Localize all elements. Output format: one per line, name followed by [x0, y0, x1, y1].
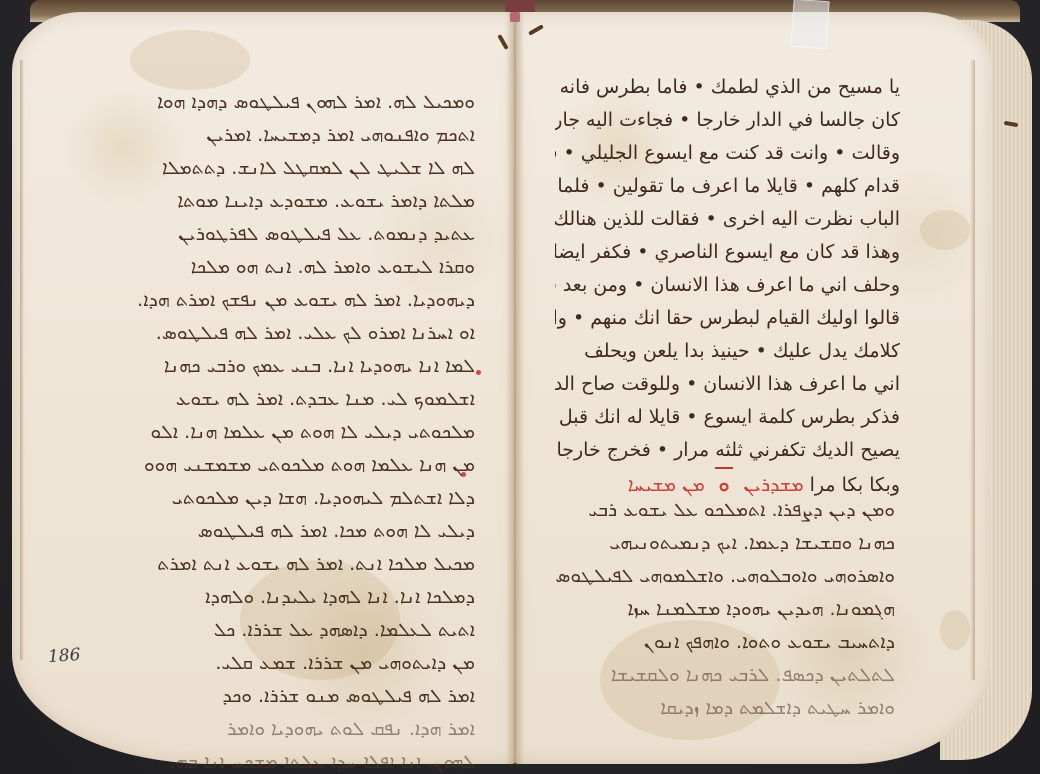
text-line: قالوا اوليك القيام لبطرس حقا انك منهم • … [555, 302, 900, 335]
text-line: ܡܠܬܐ ܕܐܡܪ ܝܫܘܥ. ܡܫܘܕܥ ܕܐܝܢܐ ܡܘܬܐ [80, 185, 475, 218]
rubric-text: ܡܢ ܡܫܝܚܐ [628, 474, 705, 496]
text-line: قدام كلهم • قايلا ما اعرف ما تقولين • فل… [555, 170, 900, 203]
repair-tape [790, 0, 829, 49]
right-page-edge [970, 60, 975, 680]
text-line: ܡܢ ܗܢܐ ܥܠܡܐ ܗܘܬ ܡܠܟܘܬܝ ܡܫܡܫܢܝ ܗܘܘ [80, 449, 475, 482]
text-line: ܠܗܘܢ. ܐܢܐ ܐܦܠܐ ܚܕܐ ܥܠܬܐ ܡܫܟܚ ܐܢܐ ܒܗ. [80, 746, 475, 774]
text-line: ܐܬܝܬ ܠܥܠܡܐ. ܕܐܣܗܕ ܥܠ ܫܪܪܐ. ܟܠ [80, 614, 475, 647]
text-line: ܕܐܬܚܝܒ ܝܫܘܥ ܘܬܘܐ. ܘܐܗܦܟ ܐܢܘܢ [555, 626, 895, 659]
text-line: ܕܝܗܘܕܝܐ. ܐܡܪ ܠܗ ܝܫܘܥ ܡܢ ܢܦܫܟ ܐܡܪܬ ܗܕܐ. [80, 284, 475, 317]
folio-number: 186 [47, 645, 81, 667]
text-line: ܘܩܪܐ ܠܝܫܘܥ ܘܐܡܪ ܠܗ. ܐܢܬ ܗܘ ܡܠܟܐ [80, 251, 475, 284]
text-line: وحلف اني ما اعرف هذا الانسان • ومن بعد ق… [555, 269, 900, 302]
text-line: ܘܡܢ ܕܝܢ ܕܨܦܪܐ. ܐܬܡܠܟܘ ܥܠ ܝܫܘܥ ܪܒܝ [555, 494, 895, 527]
text-line: ܥܬܝܕ ܕܢܡܘܬ. ܥܠ ܦܝܠܛܘܣ ܠܦܪܛܘܪܝܢ [80, 218, 475, 251]
text-line: ܕܠܐ ܐܫܬܠܡ ܠܝܗܘܕܝܐ. ܗܫܐ ܕܝܢ ܡܠܟܘܬܝ [80, 482, 475, 515]
text-line: ܟܗܢܐ ܘܩܫܝܫܐ ܕܥܡܐ. ܐܝܟ ܕܢܡܝܬܘܢܝܗܝ [555, 527, 895, 560]
text-line: كان جالسا في الدار خارجا • فجاءت اليه جا… [555, 104, 900, 137]
text-line: ܕܝܠܝ ܠܐ ܗܘܬ ܡܟܐ. ܐܡܪ ܠܗ ܦܝܠܛܘܣ [80, 515, 475, 548]
stain [920, 210, 970, 250]
text-line: اني ما اعرف هذا الانسان • وللوقت صاح الد… [555, 368, 900, 401]
left-page-edge [20, 60, 24, 660]
text-line-end: وبكا بكا مرا [810, 474, 900, 496]
rubric-text: ܡܫܕܪܝܢ [743, 474, 803, 496]
text-line: يصيح الديك تكفرني ثلثه مرار • فخرج خارجا [555, 434, 900, 467]
red-marginal-dot [476, 370, 481, 375]
right-page-syriac-text: ܘܡܢ ܕܝܢ ܕܨܦܪܐ. ܐܬܡܠܟܘ ܥܠ ܝܫܘܥ ܪܒܝ ܟܗܢܐ ܘ… [555, 494, 895, 725]
left-page-text: ܘܡܟܝܠ ܠܗ. ܐܡܪ ܠܗܘܢ ܦܝܠܛܘܣ ܕܗܕܐ ܗܘܐ ܐܬܟܡ … [80, 86, 475, 774]
text-line: ܗܓܡܘܢܐ. ܗܝܕܝܢ ܝܗܘܕܐ ܡܫܠܡܢܐ ܚܙܐ [555, 593, 895, 626]
text-line: ܘܡܟܝܠ ܠܗ. ܐܡܪ ܠܗܘܢ ܦܝܠܛܘܣ ܕܗܕܐ ܗܘܐ [80, 86, 475, 119]
text-line: ܐܫܠܡܘܟ ܠܝ. ܡܢܐ ܥܒܕܬ. ܐܡܪ ܠܗ ܝܫܘܥ [80, 383, 475, 416]
text-line: ܐܘ ܐܚܪܢܐ ܐܡܪܘ ܠܟ ܥܠܝ. ܐܡܪ ܠܗ ܦܝܠܛܘܣ. [80, 317, 475, 350]
manuscript-photo: ܘܡܟܝܠ ܠܗ. ܐܡܪ ܠܗܘܢ ܦܝܠܛܘܣ ܕܗܕܐ ܗܘܐ ܐܬܟܡ … [0, 0, 1040, 774]
stain [130, 30, 250, 90]
text-line: الباب نظرت اليه اخرى • فقالت للذين هنالك… [555, 203, 900, 236]
text-line: ܠܬܠܬܝܢ ܕܟܣܦ. ܠܪܒܝ ܟܗܢܐ ܘܠܩܫܝܫܐ [555, 659, 895, 692]
text-line: ܕܡܠܟܐ ܐܢܐ. ܐܢܐ ܠܗܕܐ ܝܠܝܕܢܐ. ܘܠܗܕܐ [80, 581, 475, 614]
right-page-arabic-text: يا مسيح من الذي لطمك • فاما بطرس فانه كا… [555, 71, 900, 500]
text-line: ܠܗ ܠܐ ܫܠܝܛ ܠܢ ܠܡܩܛܠ ܠܐܢܫ. ܕܬܬܡܠܐ [80, 152, 475, 185]
text-line: ܠܡܐ ܐܢܐ ܝܗܘܕܝܐ ܐܢܐ. ܒܢܝ ܥܡܟ ܘܪܒܝ ܟܗܢܐ [80, 350, 475, 383]
text-line: كلامك يدل عليك • حينيذ بدا يلعن ويحلف [555, 335, 900, 368]
gutter [506, 12, 524, 764]
text-line: وهذا قد كان مع ايسوع الناصري • فكفر ايضا [555, 236, 900, 269]
text-line: ܡܠܟܘܬܝ ܕܝܠܝ ܠܐ ܗܘܬ ܡܢ ܥܠܡܐ ܗܢܐ. ܐܠܘ [80, 416, 475, 449]
text-line: يا مسيح من الذي لطمك • فاما بطرس فانه [555, 71, 900, 104]
text-line: ܘܐܡܪ ܚܛܝܬ ܕܐܫܠܡܬ ܕܡܐ ܙܕܝܩܐ [555, 692, 895, 725]
text-line: ܘܐܣܪܘܗܝ ܘܐܘܒܠܘܗܝ. ܘܐܫܠܡܘܗܝ ܠܦܝܠܛܘܣ [555, 560, 895, 593]
text-line: ܡܟܝܠ ܡܠܟܐ ܐܢܬ. ܐܡܪ ܠܗ ܝܫܘܥ ܐܢܬ ܐܡܪܬ [80, 548, 475, 581]
gutter-binding-thread [510, 12, 520, 22]
text-line: وقالت • وانت قد كنت مع ايسوع الجليلي • ف… [555, 137, 900, 170]
text-line: فذكر بطرس كلمة ايسوع • قايلا له انك قبل … [555, 401, 900, 434]
text-line: ܐܡܪ ܗܕܐ. ܢܦܩ ܠܘܬ ܝܗܘܕܝܐ ܘܐܡܪ [80, 713, 475, 746]
text-line: ܐܡܪ ܠܗ ܦܝܠܛܘܣ ܡܢܘ ܫܪܪܐ. ܘܟܕ [80, 680, 475, 713]
text-line: ܐܬܟܡ ܘܐܦܢܘܗܝ ܐܡܪ ܕܡܫܝܚܐ. ܐܡܪܝܢ [80, 119, 475, 152]
stain [940, 610, 970, 650]
text-line: ܡܢ ܕܐܝܬܘܗܝ ܡܢ ܫܪܪܐ. ܫܡܥ ܩܠܝ. [80, 647, 475, 680]
